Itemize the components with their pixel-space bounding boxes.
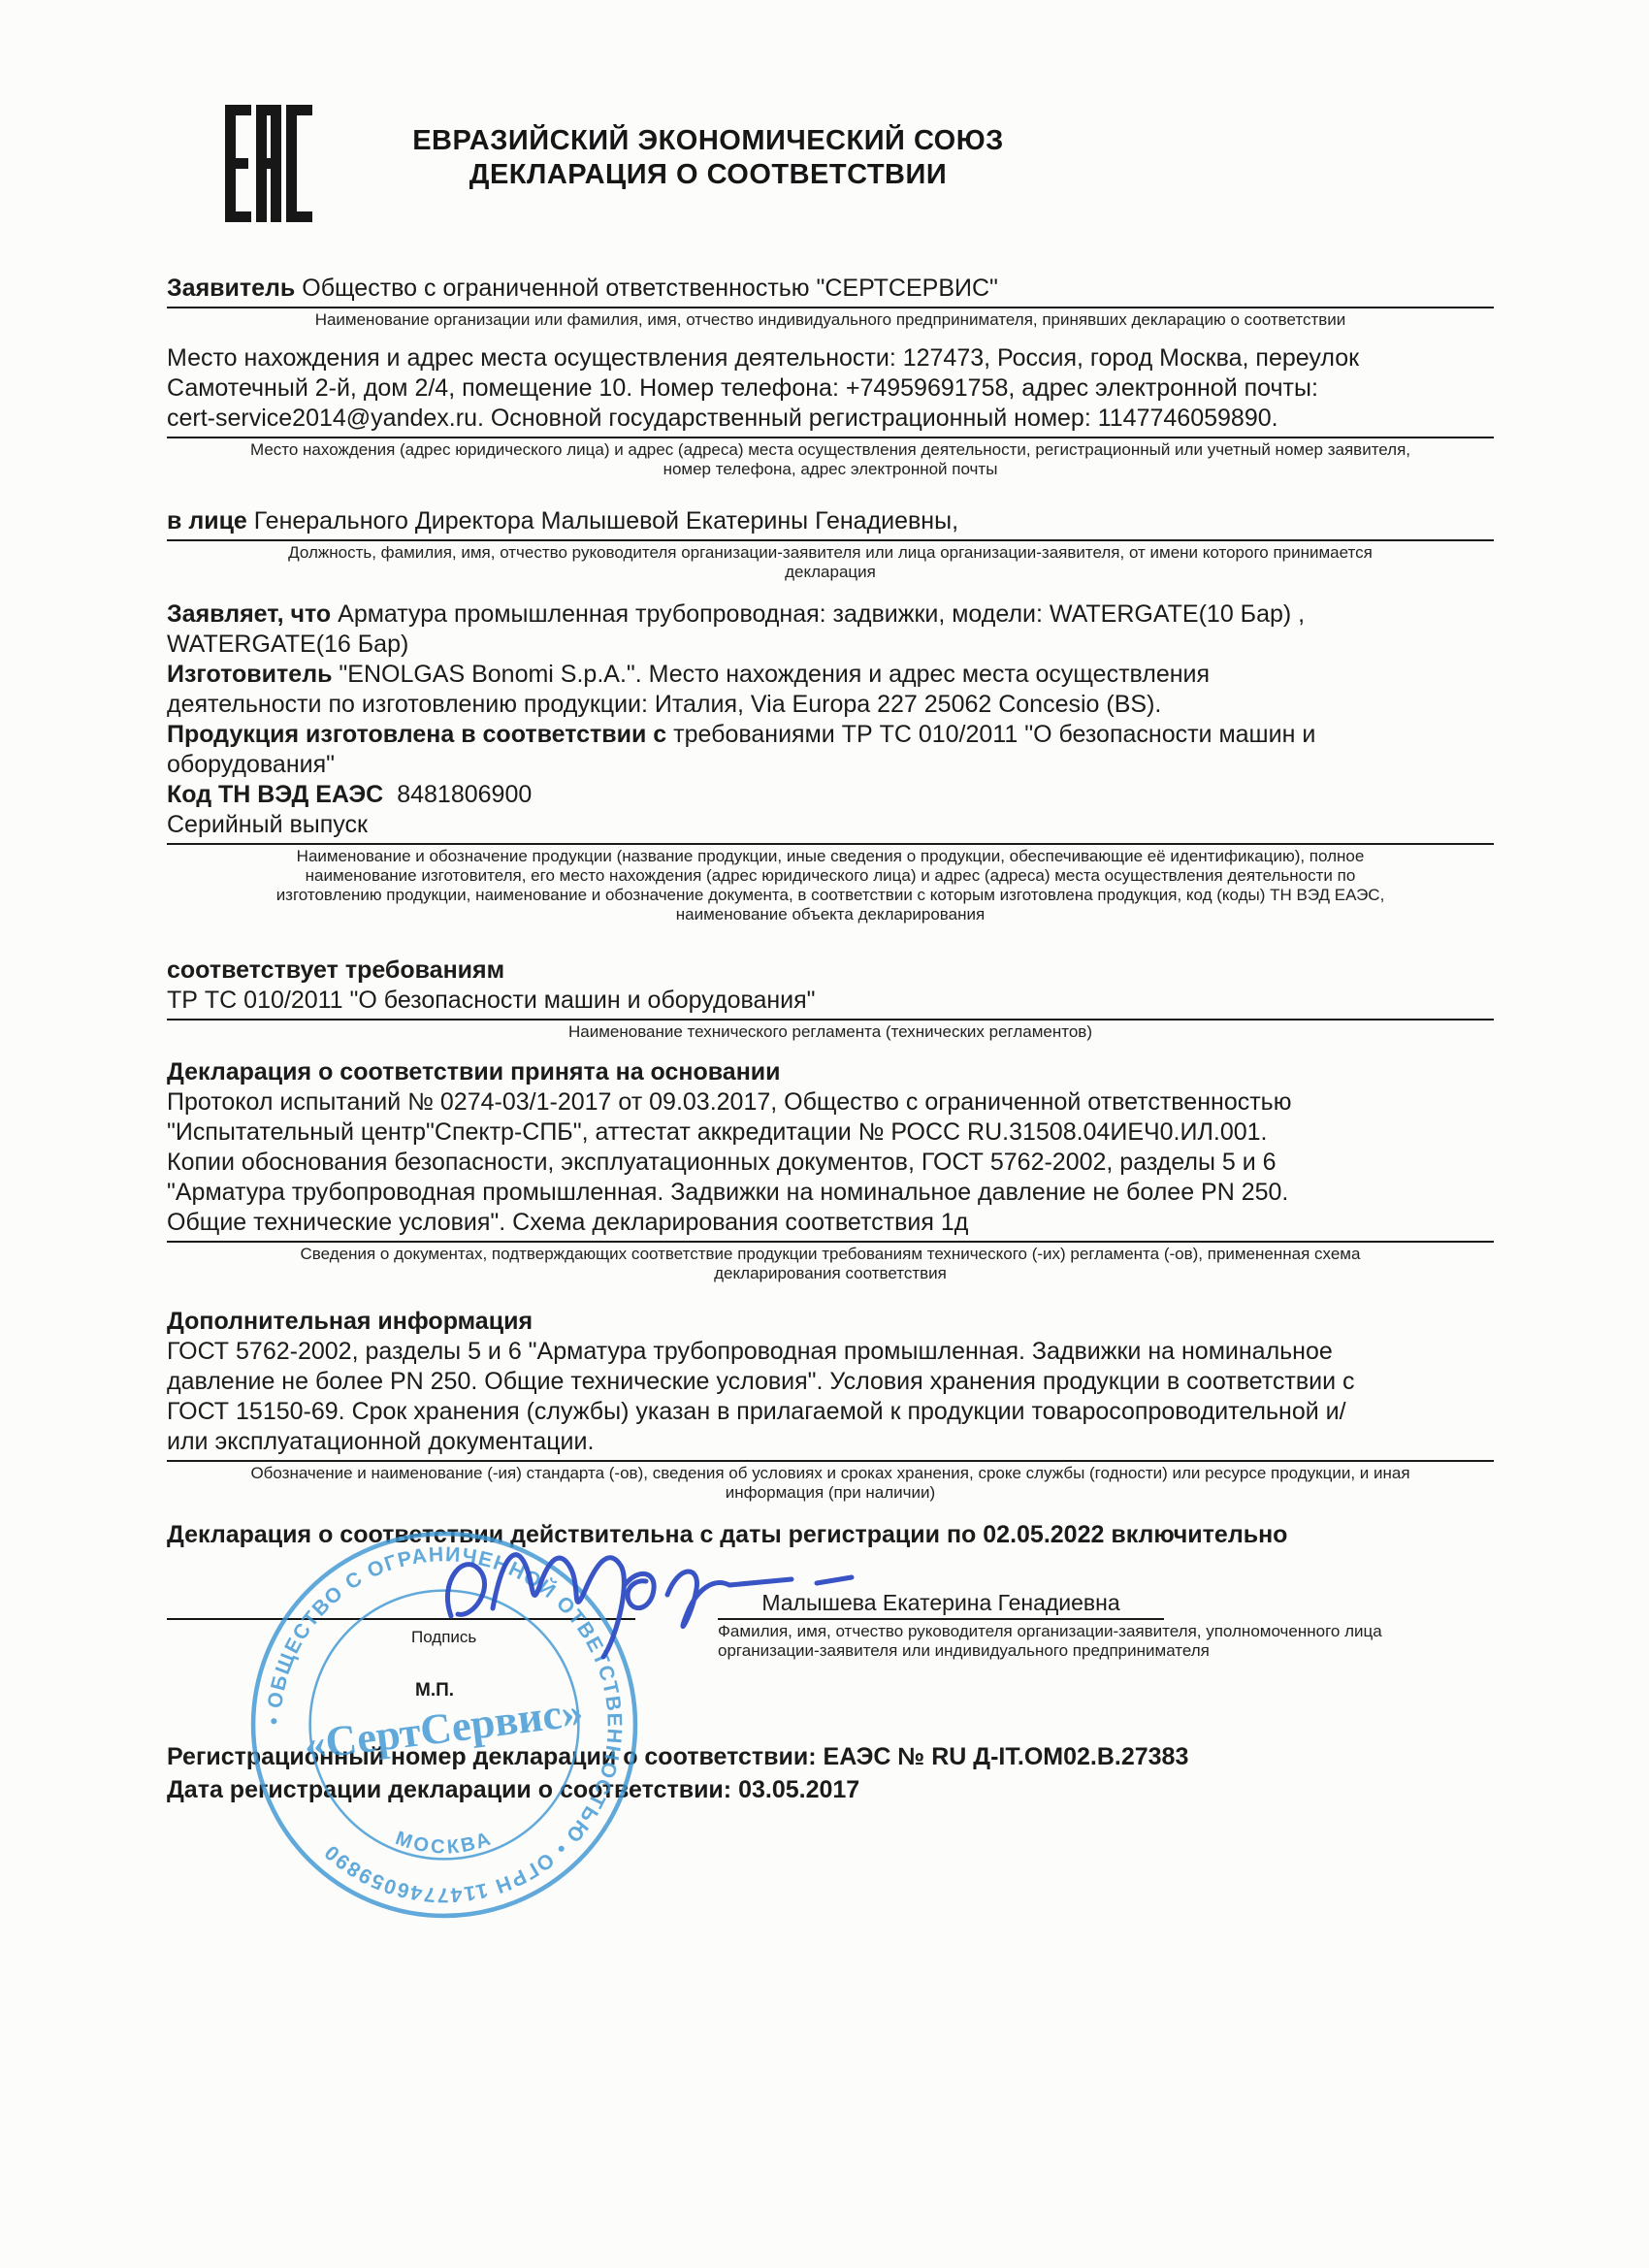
section-person: в лице Генерального Директора Малышевой … (167, 506, 1494, 582)
address-line: Место нахождения и адрес места осуществл… (167, 343, 1494, 373)
section-basis: Декларация о соответствии принята на осн… (167, 1057, 1494, 1283)
basis-line: Протокол испытаний № 0274-03/1-2017 от 0… (167, 1087, 1494, 1118)
svg-text:МОСКВА: МОСКВА (393, 1828, 496, 1859)
manufacturer-value: "ENOLGAS Bonomi S.p.A.". Место нахождени… (339, 661, 1210, 688)
person-label: в лице (167, 507, 247, 535)
address-line: cert-service2014@yandex.ru. Основной гос… (167, 404, 1494, 434)
complies-heading: соответствует требованиям (167, 956, 1494, 986)
person-caption: декларация (167, 563, 1494, 582)
section-validity: Декларация о соответствии действительна … (167, 1520, 1494, 1550)
separator-line (167, 1460, 1494, 1462)
signatory-block: Малышева Екатерина Генадиевна Фамилия, и… (718, 1589, 1164, 1661)
applicant-label: Заявитель (167, 275, 295, 302)
separator-line (167, 843, 1494, 845)
section-complies: соответствует требованиям ТР ТС 010/2011… (167, 956, 1494, 1042)
section-declares: Заявляет, что Арматура промышленная труб… (167, 599, 1494, 924)
tnved-code-line: Код ТН ВЭД ЕАЭС8481806900 (167, 780, 1494, 810)
title-line-1: ЕВРАЗИЙСКИЙ ЭКОНОМИЧЕСКИЙ СОЮЗ (369, 124, 1048, 158)
basis-line: "Арматура трубопроводная промышленная. З… (167, 1178, 1494, 1208)
basis-line: "Испытательный центр"Спектр-СПБ", аттест… (167, 1118, 1494, 1148)
section-registration: Регистрационный номер декларации о соотв… (167, 1740, 1494, 1806)
additional-heading: Дополнительная информация (167, 1307, 1494, 1337)
signature-line (167, 1618, 635, 1620)
separator-line (167, 1019, 1494, 1021)
address-caption: номер телефона, адрес электронной почты (167, 460, 1494, 479)
made-line: Продукция изготовлена в соответствии с т… (167, 720, 1494, 750)
declaration-document: ЕВРАЗИЙСКИЙ ЭКОНОМИЧЕСКИЙ СОЮЗ ДЕКЛАРАЦИ… (0, 0, 1649, 2268)
tnved-code-value: 8481806900 (397, 781, 532, 808)
separator-line (167, 539, 1494, 541)
declares-value: Арматура промышленная трубопроводная: за… (338, 600, 1305, 628)
complies-caption: Наименование технического регламента (те… (167, 1022, 1494, 1042)
section-address: Место нахождения и адрес места осуществл… (167, 343, 1494, 479)
eac-logo-icon (225, 105, 312, 223)
stamp-city-text: МОСКВА (393, 1828, 496, 1859)
made-line: оборудования" (167, 750, 1494, 780)
signatory-name: Малышева Екатерина Генадиевна (718, 1589, 1164, 1616)
made-value: требованиями ТР ТС 010/2011 "О безопасно… (673, 721, 1315, 748)
complies-value: ТР ТС 010/2011 "О безопасности машин и о… (167, 986, 1494, 1016)
basis-line: Копии обоснования безопасности, эксплуат… (167, 1148, 1494, 1178)
additional-caption: Обозначение и наименование (-ия) стандар… (167, 1464, 1494, 1483)
address-line: Самотечный 2-й, дом 2/4, помещение 10. Н… (167, 373, 1494, 404)
applicant-value: Общество с ограниченной ответственностью… (302, 275, 998, 302)
section-additional: Дополнительная информация ГОСТ 5762-2002… (167, 1307, 1494, 1503)
document-title: ЕВРАЗИЙСКИЙ ЭКОНОМИЧЕСКИЙ СОЮЗ ДЕКЛАРАЦИ… (369, 124, 1048, 192)
declares-caption: изготовлению продукции, наименование и о… (167, 886, 1494, 905)
declares-caption: наименование объекта декларирования (167, 905, 1494, 924)
serial-line: Серийный выпуск (167, 810, 1494, 840)
separator-line (718, 1618, 1164, 1620)
declares-line: WATERGATE(16 Бар) (167, 630, 1494, 660)
declares-line: Заявляет, что Арматура промышленная труб… (167, 599, 1494, 630)
basis-caption: Сведения о документах, подтверждающих со… (167, 1245, 1494, 1264)
declares-caption: наименование изготовителя, его место нах… (167, 866, 1494, 886)
separator-line (167, 1241, 1494, 1243)
tnved-code-label: Код ТН ВЭД ЕАЭС (167, 781, 383, 808)
basis-heading: Декларация о соответствии принята на осн… (167, 1057, 1494, 1087)
declares-label: Заявляет, что (167, 600, 331, 628)
validity-line: Декларация о соответствии действительна … (167, 1520, 1494, 1550)
document-body: Заявитель Общество с ограниченной ответс… (167, 274, 1494, 1806)
separator-line (167, 437, 1494, 438)
stamp-place-label: М.П. (415, 1680, 454, 1701)
declares-caption: Наименование и обозначение продукции (на… (167, 847, 1494, 866)
basis-line: Общие технические условия". Схема деклар… (167, 1208, 1494, 1238)
signatory-caption: организации-заявителя или индивидуальног… (718, 1641, 1164, 1661)
manufacturer-line: деятельности по изготовлению продукции: … (167, 690, 1494, 720)
separator-line (167, 307, 1494, 308)
person-line: в лице Генерального Директора Малышевой … (167, 506, 1494, 536)
additional-caption: информация (при наличии) (167, 1483, 1494, 1503)
person-value: Генерального Директора Малышевой Екатери… (254, 507, 958, 535)
registration-date-line: Дата регистрации декларации о соответств… (167, 1773, 1494, 1806)
address-caption: Место нахождения (адрес юридического лиц… (167, 440, 1494, 460)
signature-area: Подпись М.П. Малышева Екатерина Генадиев… (167, 1566, 1494, 1736)
applicant-caption: Наименование организации или фамилия, им… (167, 310, 1494, 330)
additional-line: ГОСТ 15150-69. Срок хранения (службы) ук… (167, 1397, 1494, 1427)
manufacturer-label: Изготовитель (167, 661, 332, 688)
applicant-line: Заявитель Общество с ограниченной ответс… (167, 274, 1494, 304)
section-applicant: Заявитель Общество с ограниченной ответс… (167, 274, 1494, 330)
made-label: Продукция изготовлена в соответствии с (167, 721, 666, 748)
basis-caption: декларирования соответствия (167, 1264, 1494, 1283)
additional-line: давление не более PN 250. Общие техничес… (167, 1367, 1494, 1397)
manufacturer-line: Изготовитель "ENOLGAS Bonomi S.p.A.". Ме… (167, 660, 1494, 690)
signatory-caption: Фамилия, имя, отчество руководителя орга… (718, 1622, 1164, 1641)
registration-number-line: Регистрационный номер декларации о соотв… (167, 1740, 1494, 1773)
title-line-2: ДЕКЛАРАЦИЯ О СООТВЕТСТВИИ (369, 158, 1048, 192)
person-caption: Должность, фамилия, имя, отчество руково… (167, 543, 1494, 563)
additional-line: или эксплуатационной документации. (167, 1427, 1494, 1457)
additional-line: ГОСТ 5762-2002, разделы 5 и 6 "Арматура … (167, 1337, 1494, 1367)
signature-podpis-label: Подпись (411, 1628, 476, 1647)
